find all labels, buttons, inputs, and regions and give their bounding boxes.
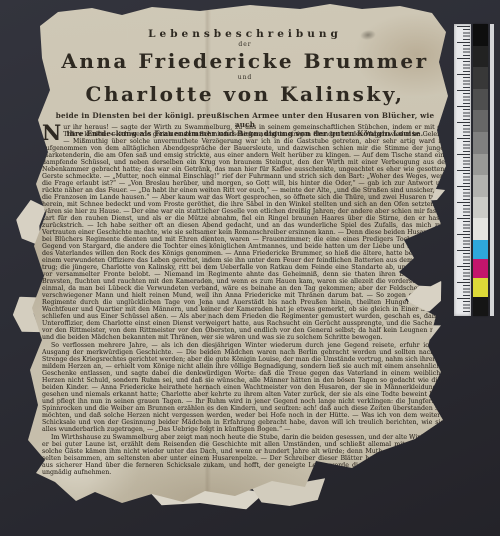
wedge-step <box>473 218 488 240</box>
ruler-cm-ticks <box>457 26 470 314</box>
color-patch-magenta <box>473 259 488 278</box>
wedge-step <box>473 46 488 68</box>
wedge-step <box>473 132 488 154</box>
paragraph-1-text: ur ihr heraus! — sagte der Wirth zu Swam… <box>42 124 448 341</box>
wedge-step <box>473 197 488 219</box>
scan-background: Lebensbeschreibung der Anna Friedericke … <box>0 0 500 536</box>
ruler <box>454 24 471 316</box>
calibration-target <box>454 24 494 316</box>
title-name-kalinsky: Charlotte von Kalinsky, <box>46 82 444 106</box>
title-connector: und <box>46 74 444 81</box>
body-text: Nur ihr heraus! — sagte der Wirth zu Swa… <box>42 124 448 512</box>
body-paragraph-2: So verflossen mehrere Jahre, — als ich d… <box>42 342 448 433</box>
body-paragraph-1: Nur ihr heraus! — sagte der Wirth zu Swa… <box>42 124 448 341</box>
document-kicker: Lebensbeschreibung <box>46 28 444 40</box>
document-page: Lebensbeschreibung der Anna Friedericke … <box>24 4 460 512</box>
title-name-brummer: Anna Friedericke Brummer <box>46 49 444 73</box>
wedge-step <box>473 175 488 197</box>
wedge-step <box>473 110 488 132</box>
title-block: Lebensbeschreibung der Anna Friedericke … <box>46 28 444 138</box>
color-patch-black <box>473 297 488 316</box>
wedge-step <box>473 24 488 46</box>
wedge-step <box>473 154 488 176</box>
wedge-step <box>473 89 488 111</box>
color-patch-cyan <box>473 240 488 259</box>
title-connector: der <box>46 41 444 48</box>
wedge-step <box>473 67 488 89</box>
body-paragraph-3: Im Wirthshause zu Swammelburg aber zeigt… <box>42 434 448 476</box>
grayscale-wedge <box>473 24 488 316</box>
calibration-white-strip <box>490 24 494 316</box>
drop-cap: N <box>42 124 63 140</box>
color-patch-yellow <box>473 278 488 297</box>
